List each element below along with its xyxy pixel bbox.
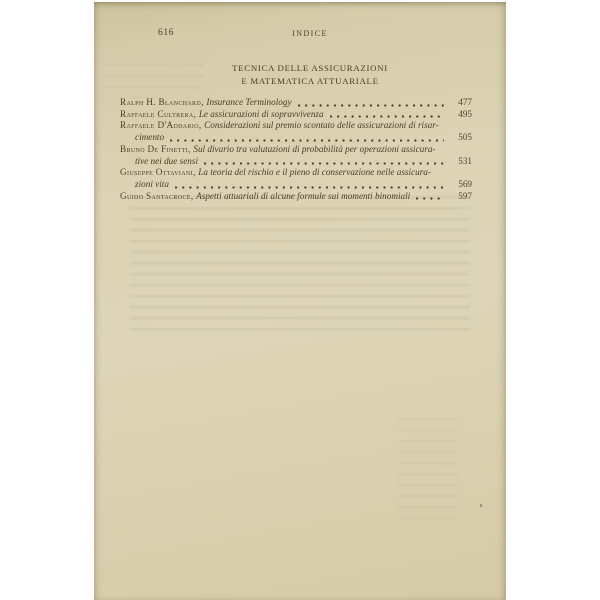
section-title: TECNICA DELLE ASSICURAZIONI E MATEMATICA…	[104, 62, 516, 87]
toc-title: cimento	[135, 132, 164, 142]
toc-entry-text: Bruno De Finetti, Sul divario tra valuta…	[120, 144, 435, 156]
toc-entry-text: Giuseppe Ottaviani, La teoria del rischi…	[120, 167, 431, 179]
toc-page-number: 477	[450, 97, 472, 109]
toc-title: Le assicurazioni di sopravvivenza	[199, 109, 324, 119]
toc-entry-text: zioni vita	[120, 179, 169, 191]
toc-entry: Giuseppe Ottaviani, La teoria del rischi…	[120, 167, 472, 179]
toc-title: Sul divario tra valutazioni di probabili…	[193, 144, 435, 154]
toc-title: Aspetti attuariali di alcune formule sui…	[196, 191, 410, 201]
toc-entry-continuation: cimento 505	[120, 132, 472, 144]
toc-entry-continuation: zioni vita 569	[120, 179, 472, 191]
toc-entry-continuation: tive nei due sensi 531	[120, 156, 472, 168]
table-of-contents: Ralph H. Blanchard, Insurance Terminolog…	[120, 97, 472, 202]
toc-page-number: 495	[450, 109, 472, 121]
dot-leader	[170, 139, 444, 142]
toc-title: La teoria del rischio e il pieno di cons…	[198, 167, 431, 177]
book-page: 616 INDICE TECNICA DELLE ASSICURAZIONI E…	[94, 2, 506, 600]
toc-entry: Bruno De Finetti, Sul divario tra valuta…	[120, 144, 472, 156]
toc-title: tive nei due sensi	[135, 156, 198, 166]
toc-entry-text: tive nei due sensi	[120, 156, 198, 168]
dot-leader	[204, 162, 444, 165]
toc-author: Ralph H. Blanchard,	[120, 97, 206, 107]
toc-author: Raffaele D'Addario,	[120, 120, 204, 130]
dot-leader	[416, 197, 444, 200]
page-showthrough	[398, 418, 458, 522]
dot-leader	[175, 186, 444, 189]
running-head: INDICE	[104, 29, 516, 38]
toc-author: Giuseppe Ottaviani,	[120, 167, 198, 177]
toc-page-number: 505	[450, 132, 472, 144]
toc-entry-text: Guido Santacroce, Aspetti attuariali di …	[120, 191, 410, 203]
toc-author: Bruno De Finetti,	[120, 144, 193, 154]
dot-leader	[330, 115, 444, 118]
section-title-line2: E MATEMATICA ATTUARIALE	[104, 75, 516, 88]
toc-entry: Guido Santacroce, Aspetti attuariali di …	[120, 191, 472, 203]
toc-author: Guido Santacroce,	[120, 191, 196, 201]
section-title-line1: TECNICA DELLE ASSICURAZIONI	[104, 62, 516, 75]
toc-entry-text: Raffaele D'Addario, Considerazioni sul p…	[120, 120, 439, 132]
toc-title: Insurance Terminology	[206, 97, 291, 107]
toc-entry-text: Ralph H. Blanchard, Insurance Terminolog…	[120, 97, 292, 109]
toc-page-number: 531	[450, 156, 472, 168]
toc-entry: Ralph H. Blanchard, Insurance Terminolog…	[120, 97, 472, 109]
dot-leader	[298, 104, 444, 107]
toc-entry-text: cimento	[120, 132, 164, 144]
toc-entry: Raffaele D'Addario, Considerazioni sul p…	[120, 120, 472, 132]
toc-entry: Raffaele Cultrera, Le assicurazioni di s…	[120, 109, 472, 121]
toc-entry-text: Raffaele Cultrera, Le assicurazioni di s…	[120, 109, 324, 121]
toc-page-number: 569	[450, 179, 472, 191]
dust-speck	[480, 504, 482, 507]
page-showthrough	[130, 196, 470, 338]
toc-title: zioni vita	[135, 179, 169, 189]
toc-page-number: 597	[450, 191, 472, 203]
toc-title: Considerazioni sul premio scontato delle…	[204, 120, 439, 130]
scan-background: 616 INDICE TECNICA DELLE ASSICURAZIONI E…	[0, 0, 600, 600]
toc-author: Raffaele Cultrera,	[120, 109, 199, 119]
